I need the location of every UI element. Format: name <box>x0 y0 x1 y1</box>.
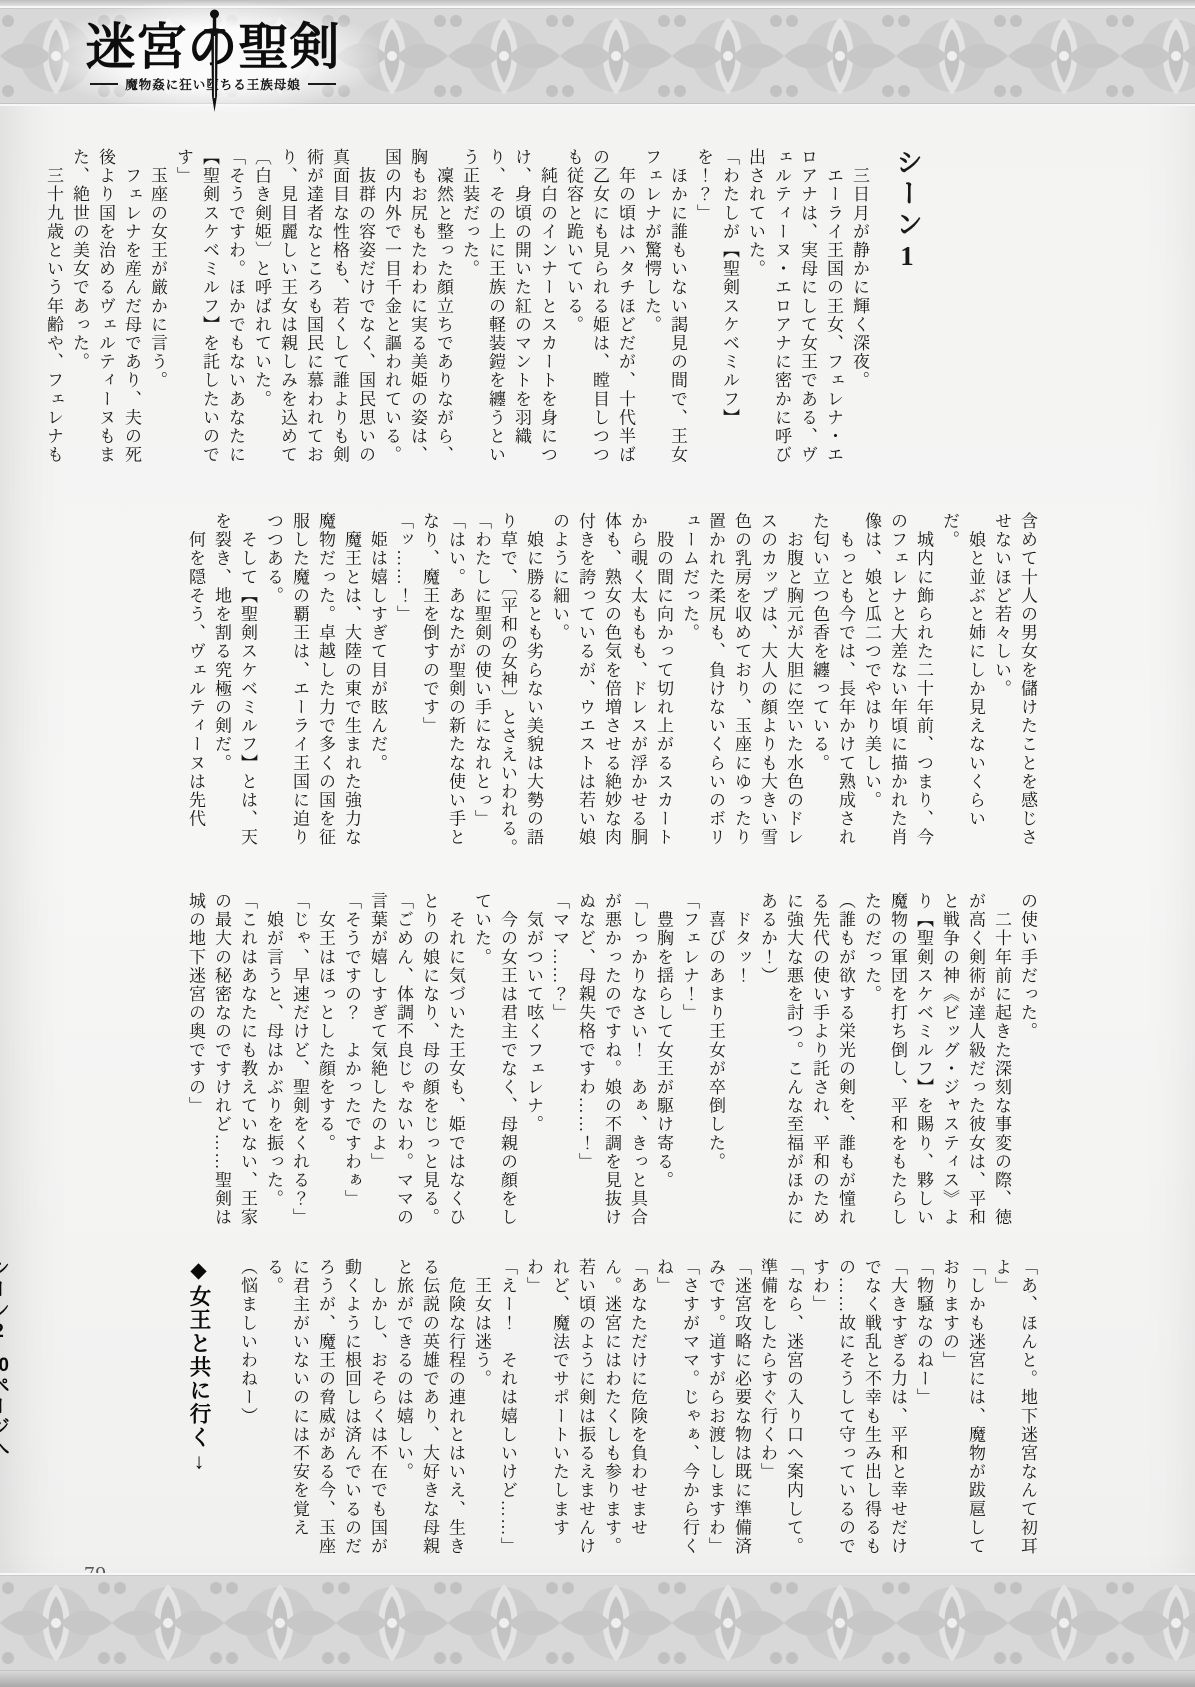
choice-label: ◆女王と共に行く↓ <box>182 1258 216 1562</box>
destination-page-suffix: ページへ <box>0 1375 9 1459</box>
novel-text-band-3: の使い手だった。 二十年前に起きた深刻な事変の際、徳が高く剣術が達人級だった彼女… <box>182 892 1040 1228</box>
choice-go-with-queen: ◆女王と共に行く↓ シーン280ページへ <box>0 1258 216 1562</box>
logo: 迷宮の聖剣 魔物姦に狂い堕ちる王族母娘 <box>48 2 378 112</box>
choice-destination: シーン280ページへ <box>0 1258 182 1562</box>
page-bottom-edge <box>0 1671 1195 1687</box>
destination-scene: シーン2 <box>0 1258 9 1344</box>
damask-pattern <box>0 1576 1195 1670</box>
destination-page-number: 80 <box>0 1356 9 1375</box>
sword-icon <box>202 8 227 120</box>
text-band-1: シーン1 三日月が静かに輝く深夜。 エーライ王国の王女、フェレナ・エロアナは、実… <box>40 148 1040 482</box>
text-band-3: の使い手だった。 二十年前に起きた深刻な事変の際、徳が高く剣術が達人級だった彼女… <box>182 892 1040 1228</box>
scan-page: 迷宮の聖剣 魔物姦に狂い堕ちる王族母娘 シーン1 三日月が静かに輝く深夜。 エー… <box>0 0 1195 1687</box>
logo-title: 迷宮の聖剣 <box>86 22 341 72</box>
branch-choices: ◆女王と共に行く↓ シーン280ページへ ◆同伴を断る↓ シーン381ページへ <box>0 1258 216 1562</box>
novel-text-band-1: 三日月が静かに輝く深夜。 エーライ王国の王女、フェレナ・エロアナは、実母にして女… <box>40 148 872 482</box>
novel-text-band-2: 含めて十人の男女を儲けたことを感じさせないほど若々しい。 娘と並ぶと姉にしか見え… <box>182 512 1040 864</box>
novel-text-band-4: 「あ、ほんと。地下迷宮なんて初耳よ」 「しかも迷宮には、魔物が跋扈しておりますの… <box>234 1258 1040 1562</box>
choice-label-text: ◆女王と共に行く <box>187 1258 211 1450</box>
text-band-2: 含めて十人の男女を儲けたことを感じさせないほど若々しい。 娘と並ぶと姉にしか見え… <box>182 512 1040 864</box>
scene-heading: シーン1 <box>894 148 1024 482</box>
text-band-4: 「あ、ほんと。地下迷宮なんて初耳よ」 「しかも迷宮には、魔物が跋扈しておりますの… <box>0 1258 1040 1562</box>
ornament-border-bottom <box>0 1575 1195 1671</box>
down-arrow-icon: ↓ <box>187 1450 211 1476</box>
